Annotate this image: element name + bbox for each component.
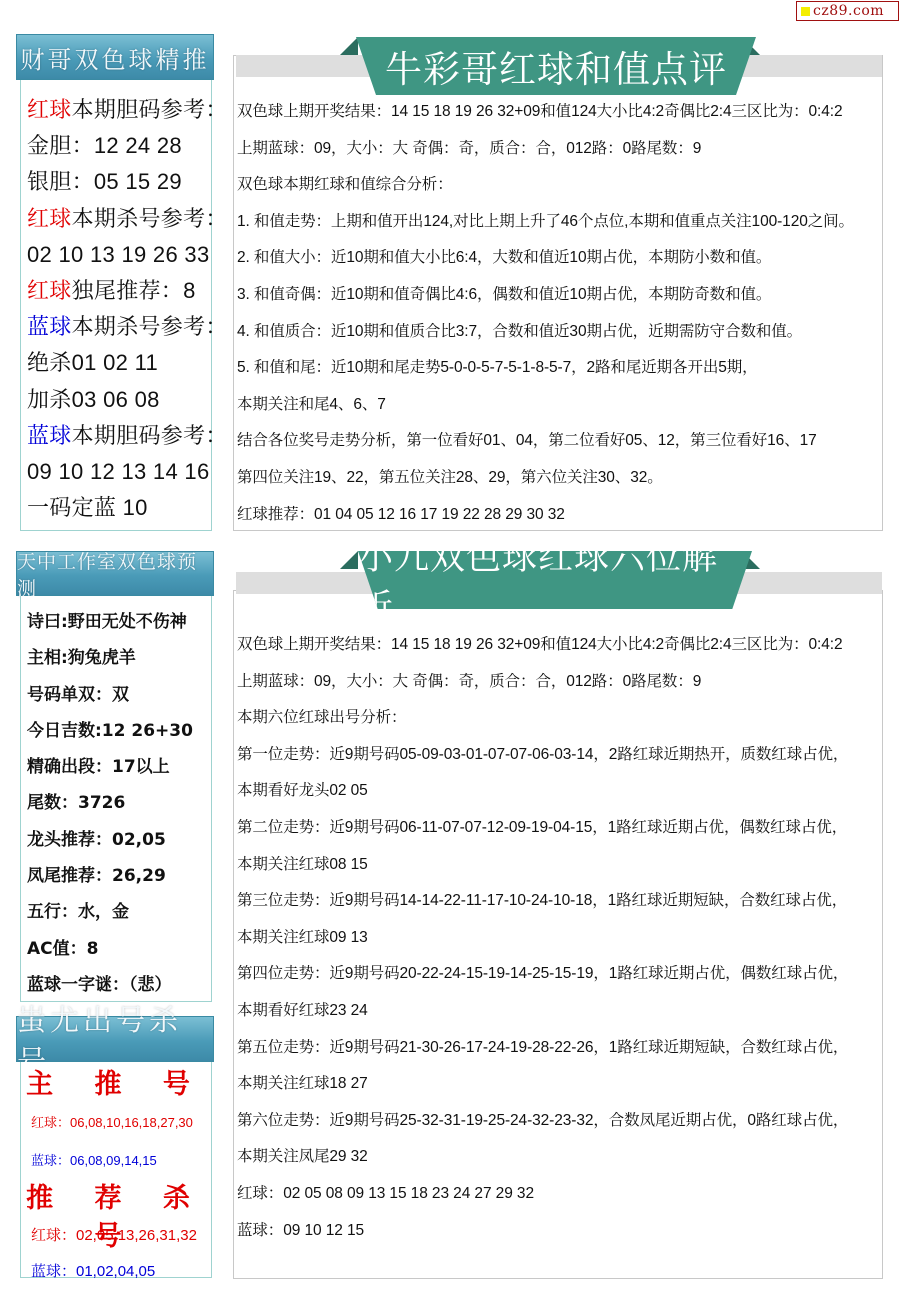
analysis-line: 本期关注凤尾29 32 [234, 1139, 882, 1176]
analysis-line: 本期关注红球18 27 [234, 1066, 882, 1103]
analysis-line: 第五位走势：近9期号码21-30-26-17-24-19-28-22-26，1路… [234, 1030, 882, 1067]
caige-line: 加杀03 06 08 [27, 382, 211, 418]
box-title-tianzhong: 天中工作室双色球预测 [16, 551, 214, 596]
main-pick-red: 红球：06,08,10,16,18,27,30 [21, 1104, 211, 1142]
analysis-line: 双色球本期红球和值综合分析： [234, 167, 882, 204]
tianzhong-line: 精确出段：17以上 [27, 749, 211, 785]
analysis-line: 5. 和值和尾：近10期和尾走势5-0-0-5-7-5-1-8-5-7，2路和尾… [234, 350, 882, 387]
line-text: 加杀03 06 08 [27, 387, 160, 412]
analysis-line: 红球：02 05 08 09 13 15 18 23 24 27 29 32 [234, 1176, 882, 1213]
analysis-line: 3. 和值奇偶：近10期和值奇偶比4:6，偶数和值近10期占优，本期防奇数和值。 [234, 277, 882, 314]
blue-ball-label: 蓝球 [27, 314, 72, 339]
line-text: 银胆：05 15 29 [27, 169, 182, 194]
analysis-line: 本期关注红球09 13 [234, 920, 882, 957]
sum-value-analysis-panel: 双色球上期开奖结果：14 15 18 19 26 32+09和值124大小比4:… [233, 55, 883, 531]
caige-line: 蓝球本期杀号参考： [27, 309, 211, 345]
caige-prediction-box: 红球本期胆码参考： 金胆：12 24 28 银胆：05 15 29 红球本期杀号… [20, 80, 212, 531]
analysis-line: 2. 和值大小：近10期和值大小比6:4，大数和值近10期占优，本期防小数和值。 [234, 240, 882, 277]
analysis-line: 本期六位红球出号分析： [234, 700, 882, 737]
ribbon-fold-left [340, 551, 358, 569]
caige-line: 红球本期杀号参考： [27, 201, 211, 237]
six-position-analysis-panel: 双色球上期开奖结果：14 15 18 19 26 32+09和值124大小比4:… [233, 590, 883, 1279]
panel-title-niucaige: 牛彩哥红球和值点评 [356, 37, 756, 95]
caige-line: 绝杀01 02 11 [27, 345, 211, 381]
analysis-line: 第三位走势：近9期号码14-14-22-11-17-10-24-10-18，1路… [234, 883, 882, 920]
panel-title-xiaojiu: 小九双色球红球六位解析 [358, 551, 752, 609]
analysis-line: 本期看好红球23 24 [234, 993, 882, 1030]
tianzhong-line: 五行：水，金 [27, 894, 211, 930]
caige-line: 银胆：05 15 29 [27, 164, 211, 200]
line-text: 本期胆码参考： [72, 423, 228, 448]
analysis-line: 第二位走势：近9期号码06-11-07-07-12-09-19-04-15，1路… [234, 810, 882, 847]
analysis-line: 结合各位奖号走势分析，第一位看好01、04，第二位看好05、12，第三位看好16… [234, 423, 882, 460]
caige-line: 09 10 12 13 14 16 [27, 454, 211, 490]
tianzhong-prediction-box: 诗曰:野田无处不伤神 主相:狗兔虎羊 号码单双：双 今日吉数:12 26+30 … [20, 596, 212, 1002]
site-watermark-logo: cz89.com [796, 1, 899, 21]
caige-line: 红球独尾推荐：8 [27, 273, 211, 309]
analysis-line: 双色球上期开奖结果：14 15 18 19 26 32+09和值124大小比4:… [234, 627, 882, 664]
analysis-line: 本期关注红球08 15 [234, 847, 882, 884]
kill-pick-blue: 蓝球：01,02,04,05 [21, 1254, 211, 1290]
analysis-line: 本期关注和尾4、6、7 [234, 387, 882, 424]
caige-line: 红球本期胆码参考： [27, 92, 211, 128]
kill-pick-heading: 推 荐 杀 号 [21, 1180, 211, 1218]
analysis-line: 蓝球：09 10 12 15 [234, 1213, 882, 1250]
line-text: 独尾推荐：8 [72, 278, 196, 303]
analysis-line: 上期蓝球：09，大小：大 奇偶：奇，质合：合，012路：0路尾数：9 [234, 664, 882, 701]
line-text: 绝杀01 02 11 [27, 350, 158, 375]
caige-line: 一码定蓝 10 [27, 490, 211, 526]
ribbon-fold-left [340, 37, 358, 55]
line-text: 09 10 12 13 14 16 [27, 459, 210, 484]
caige-line: 02 10 13 19 26 33 [27, 237, 211, 273]
tianzhong-line: 主相:狗兔虎羊 [27, 640, 211, 676]
red-ball-label: 红球 [27, 206, 72, 231]
analysis-line: 第四位关注19、22，第五位关注28、29，第六位关注30、32。 [234, 460, 882, 497]
analysis-line: 第四位走势：近9期号码20-22-24-15-19-14-25-15-19，1路… [234, 956, 882, 993]
caige-line: 金胆：12 24 28 [27, 128, 211, 164]
red-ball-label: 红球 [27, 278, 72, 303]
analysis-line: 双色球上期开奖结果：14 15 18 19 26 32+09和值124大小比4:… [234, 94, 882, 131]
tianzhong-line: 凤尾推荐：26,29 [27, 858, 211, 894]
box-title-chiyou: 蚩尤出号杀号 [16, 1016, 214, 1062]
main-pick-blue: 蓝球：06,08,09,14,15 [21, 1142, 211, 1180]
kill-pick-red: 红球：02,05,13,26,31,32 [21, 1218, 211, 1254]
analysis-line: 本期看好龙头02 05 [234, 773, 882, 810]
tianzhong-line: 号码单双：双 [27, 677, 211, 713]
analysis-line: 4. 和值质合：近10期和值质合比3:7，合数和值近30期占优，近期需防守合数和… [234, 314, 882, 351]
line-text: 02 10 13 19 26 33 [27, 242, 210, 267]
yellow-square-icon [801, 7, 810, 16]
line-text: 本期杀号参考： [72, 314, 228, 339]
analysis-line: 红球推荐：01 04 05 12 16 17 19 22 28 29 30 32 [234, 497, 882, 534]
line-text: 本期杀号参考： [72, 206, 228, 231]
box-title-caige: 财哥双色球精推 [16, 34, 214, 80]
line-text: 金胆：12 24 28 [27, 133, 182, 158]
watermark-text: cz89.com [813, 3, 884, 19]
analysis-line: 上期蓝球：09，大小：大 奇偶：奇，质合：合，012路：0路尾数：9 [234, 131, 882, 168]
line-text: 一码定蓝 10 [27, 495, 148, 520]
tianzhong-line: 诗曰:野田无处不伤神 [27, 604, 211, 640]
red-ball-label: 红球 [27, 97, 72, 122]
analysis-line: 第六位走势：近9期号码25-32-31-19-25-24-32-23-32，合数… [234, 1103, 882, 1140]
analysis-line: 1. 和值走势：上期和值开出124,对比上期上升了46个点位,本期和值重点关注1… [234, 204, 882, 241]
tianzhong-line: 龙头推荐：02,05 [27, 822, 211, 858]
analysis-line: 第一位走势：近9期号码05-09-03-01-07-07-06-03-14，2路… [234, 737, 882, 774]
line-text: 本期胆码参考： [72, 97, 228, 122]
caige-line: 蓝球本期胆码参考： [27, 418, 211, 454]
blue-ball-label: 蓝球 [27, 423, 72, 448]
tianzhong-line: AC值：8 [27, 931, 211, 967]
tianzhong-line: 尾数：3726 [27, 785, 211, 821]
tianzhong-line: 今日吉数:12 26+30 [27, 713, 211, 749]
main-pick-heading: 主 推 号 [21, 1066, 211, 1104]
chiyou-prediction-box: 主 推 号 红球：06,08,10,16,18,27,30 蓝球：06,08,0… [20, 1062, 212, 1278]
